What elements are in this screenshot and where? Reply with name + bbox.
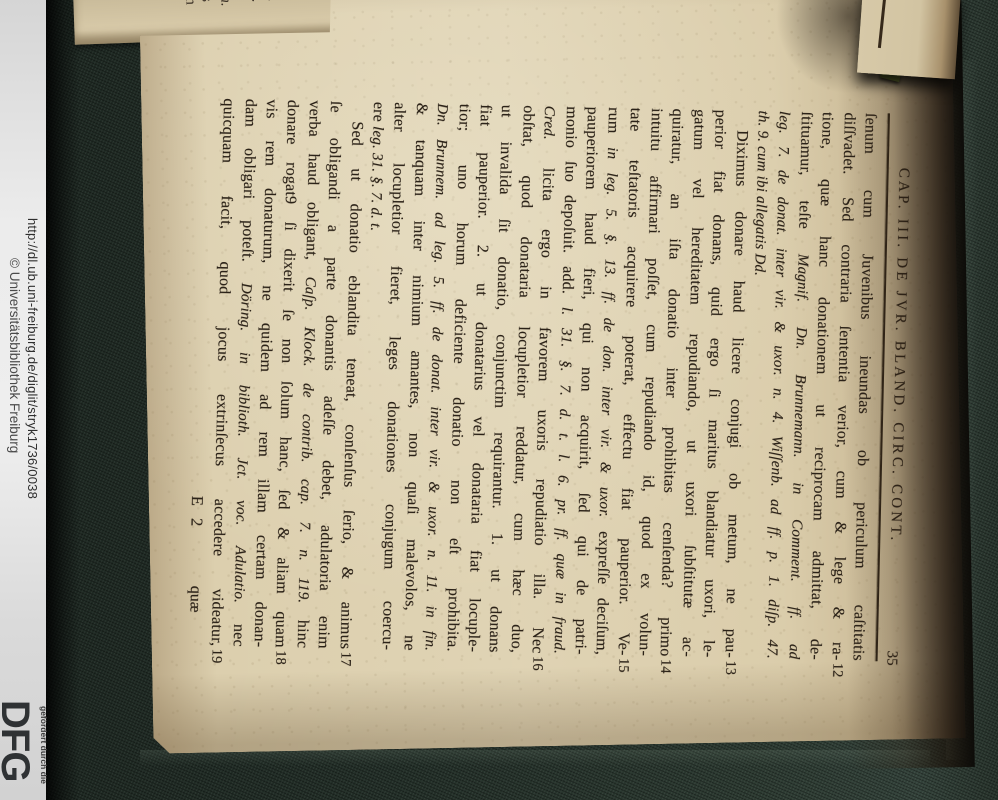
logo-red-top-bar xyxy=(12,9,17,19)
margin-number: 14 xyxy=(654,659,676,674)
edge-text-fragment: 80. xyxy=(247,0,265,2)
dfg-funding-note: gefördert durch die xyxy=(39,706,49,784)
margin-number: 17 xyxy=(334,651,356,666)
margin-number: 19 xyxy=(205,649,227,664)
edge-text-fragment: um xyxy=(181,0,199,5)
margin-number: 16 xyxy=(526,656,548,671)
copyright-watermark: © Universitätsbibliothek Freiburg xyxy=(7,258,22,453)
edge-text-fragment: od. xyxy=(263,0,281,2)
scan-viewer: umiasum.de80.od. CAP. III. DE JVR. BLAND… xyxy=(0,0,998,800)
viewer-sidebar: http://dl.ub.uni-freiburg.de/diglit/stry… xyxy=(0,0,46,800)
fabric-highlight-bottom xyxy=(140,750,930,766)
page-text-block: CAP. III. DE JVR. BLAND. CIRC. CONT. 35 … xyxy=(182,98,916,662)
sidebar-seam-shadow xyxy=(46,0,80,800)
text-lines: ſenum cum Juvenibus ineundas ob periculu… xyxy=(206,98,881,661)
margin-number: 13 xyxy=(718,660,740,675)
margin-number: 12 xyxy=(825,663,847,678)
persistent-url-watermark: http://dl.ub.uni-freiburg.de/diglit/stry… xyxy=(25,218,40,499)
next-leaf-rule xyxy=(878,0,887,48)
margin-number: 15 xyxy=(612,658,634,673)
dfg-logo: DFG xyxy=(0,700,37,781)
margin-number: 18 xyxy=(269,650,291,665)
logo-blue-short-bar xyxy=(3,22,25,29)
edge-text-fragment: um. xyxy=(216,0,234,7)
page-number: 35 xyxy=(880,650,902,665)
logo-blue-long-bar xyxy=(3,32,39,39)
next-leaf-corner: 7. xyxy=(857,0,961,79)
edge-text-fragment: ias xyxy=(197,0,215,2)
logo-red-bottom-bar xyxy=(13,42,18,52)
signature-mark: E 2 xyxy=(184,496,209,531)
catchword: quæ xyxy=(182,585,207,612)
